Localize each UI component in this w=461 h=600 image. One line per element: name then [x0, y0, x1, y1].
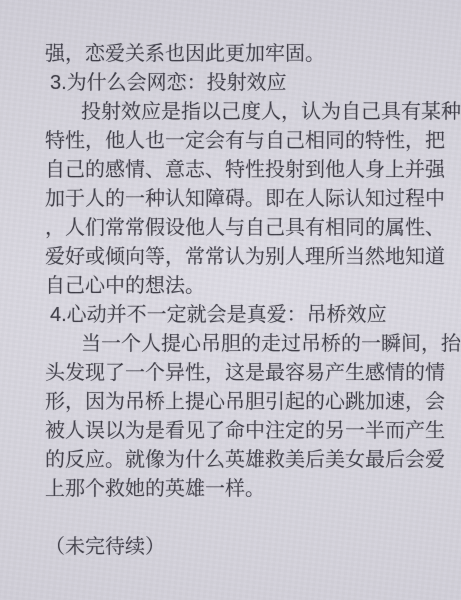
- text-line: 爱好或倾向等，常常认为别人理所当然地知道: [45, 243, 453, 272]
- text-line: 投射效应是指以己度人，认为自己具有某种: [45, 98, 453, 127]
- text-line: 头发现了一个异性，这是最容易产生感情的情: [45, 359, 453, 388]
- text-line: 自己的感情、意志、特性投射到他人身上并强: [45, 156, 453, 185]
- section-heading: 3.为什么会网恋：投射效应: [45, 69, 453, 98]
- text-line: 的反应。就像为什么英雄救美后美女最后会爱: [45, 446, 453, 475]
- text-line: 特性，他人也一定会有与自己相同的特性，把: [45, 127, 453, 156]
- text-line: 形，因为吊桥上提心吊胆引起的心跳加速，会: [45, 388, 453, 417]
- text-line: 被人误以为是看见了命中注定的另一半而产生: [45, 417, 453, 446]
- text-line: 上那个救她的英雄一样。: [45, 475, 453, 504]
- text-line: ，人们常常假设他人与自己具有相同的属性、: [45, 214, 453, 243]
- to-be-continued-note: （未完待续）: [45, 533, 453, 562]
- text-block: 强，恋爱关系也因此更加牢固。3.为什么会网恋：投射效应投射效应是指以己度人，认为…: [45, 40, 453, 562]
- text-line: 自己心中的想法。: [45, 272, 453, 301]
- photographed-text-page: 强，恋爱关系也因此更加牢固。3.为什么会网恋：投射效应投射效应是指以己度人，认为…: [0, 0, 461, 600]
- text-line: 当一个人提心吊胆的走过吊桥的一瞬间，抬: [45, 330, 453, 359]
- text-line: 加于人的一种认知障碍。即在人际认知过程中: [45, 185, 453, 214]
- section-heading: 4.心动并不一定就会是真爱：吊桥效应: [45, 301, 453, 330]
- text-line: 强，恋爱关系也因此更加牢固。: [45, 40, 453, 69]
